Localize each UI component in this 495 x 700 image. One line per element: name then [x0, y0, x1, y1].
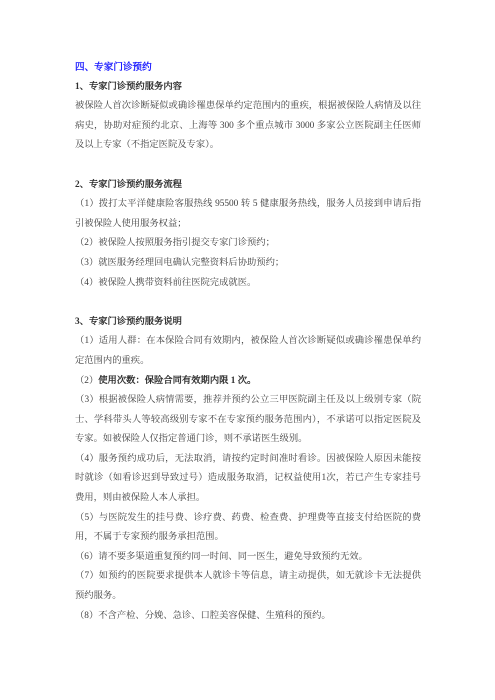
- paragraph: （1）适用人群：在本保险合同有效期内，被保险人首次诊断疑似或确诊罹患保单约定范围…: [75, 332, 421, 371]
- section: 2、专家门诊预约服务流程（1）拨打太平洋健康险客服热线 95500 转 5 健康…: [75, 176, 421, 294]
- paragraph: （3）就医服务经理回电确认完整资料后协助预约；: [75, 254, 421, 274]
- section: 1、专家门诊预约服务内容被保险人首次诊断疑似或确诊罹患保单约定范围内的重疾，根据…: [75, 78, 421, 156]
- text-run: （4）服务预约成功后，无法取消，请按约定时间准时看诊。因被保险人原因未能按时就诊…: [75, 454, 421, 503]
- document-page: 四、专家门诊预约 1、专家门诊预约服务内容被保险人首次诊断疑似或确诊罹患保单约定…: [0, 0, 495, 700]
- paragraph: （8）不含产检、分娩、急诊、口腔美容保健、生殖科的预约。: [75, 607, 421, 627]
- paragraph: （4）被保险人携带资料前往医院完成就医。: [75, 274, 421, 294]
- text-run: （1）拨打太平洋健康险客服热线 95500 转 5 健康服务热线，服务人员接到申…: [75, 199, 421, 229]
- paragraph: （7）如预约的医院要求提供本人就诊卡等信息，请主动提供，如无就诊卡无法提供预约服…: [75, 567, 421, 606]
- text-run: （2）被保险人按照服务指引提交专家门诊预约；: [75, 238, 275, 248]
- section: 3、专家门诊预约服务说明（1）适用人群：在本保险合同有效期内，被保险人首次诊断疑…: [75, 313, 421, 627]
- text-run: （1）适用人群：在本保险合同有效期内，被保险人首次诊断疑似或确诊罹患保单约定范围…: [75, 336, 421, 366]
- text-run: （5）与医院发生的挂号费、诊疗费、药费、检查费、护理费等直接支付给医院的费用，不…: [75, 513, 421, 543]
- paragraph: 被保险人首次诊断疑似或确诊罹患保单约定范围内的重疾，根据被保险人病情及以往病史，…: [75, 97, 421, 156]
- paragraph: （2）被保险人按照服务指引提交专家门诊预约；: [75, 234, 421, 254]
- text-run: （6）请不要多渠道重复预约同一时间、同一医生，避免导致预约无效。: [75, 552, 368, 562]
- section-heading: 3、专家门诊预约服务说明: [75, 313, 421, 333]
- text-run: （7）如预约的医院要求提供本人就诊卡等信息，请主动提供，如无就诊卡无法提供预约服…: [75, 571, 421, 601]
- paragraph: （4）服务预约成功后，无法取消，请按约定时间准时看诊。因被保险人原因未能按时就诊…: [75, 450, 421, 509]
- text-run: （8）不含产检、分娩、急诊、口腔美容保健、生殖科的预约。: [75, 611, 331, 621]
- paragraph: （2）使用次数：保险合同有效期内限 1 次。: [75, 372, 421, 392]
- section-heading: 1、专家门诊预约服务内容: [75, 78, 421, 98]
- document-sections: 1、专家门诊预约服务内容被保险人首次诊断疑似或确诊罹患保单约定范围内的重疾，根据…: [75, 78, 421, 627]
- text-run: （4）被保险人携带资料前往医院完成就医。: [75, 278, 256, 288]
- text-run: （3）根据被保险人病情需要，推荐并预约公立三甲医院副主任及以上级别专家（院士、学…: [75, 395, 421, 444]
- text-run: （2）: [75, 376, 98, 386]
- text-run: （3）就医服务经理回电确认完整资料后协助预约；: [75, 258, 284, 268]
- paragraph: （3）根据被保险人病情需要，推荐并预约公立三甲医院副主任及以上级别专家（院士、学…: [75, 391, 421, 450]
- text-run: 使用次数：保险合同有效期内限 1 次。: [98, 376, 256, 386]
- document-title: 四、专家门诊预约: [75, 58, 421, 78]
- section-heading: 2、专家门诊预约服务流程: [75, 176, 421, 196]
- paragraph: （1）拨打太平洋健康险客服热线 95500 转 5 健康服务热线，服务人员接到申…: [75, 195, 421, 234]
- text-run: 被保险人首次诊断疑似或确诊罹患保单约定范围内的重疾，根据被保险人病情及以往病史，…: [75, 101, 421, 150]
- paragraph: （5）与医院发生的挂号费、诊疗费、药费、检查费、护理费等直接支付给医院的费用，不…: [75, 509, 421, 548]
- paragraph: （6）请不要多渠道重复预约同一时间、同一医生，避免导致预约无效。: [75, 548, 421, 568]
